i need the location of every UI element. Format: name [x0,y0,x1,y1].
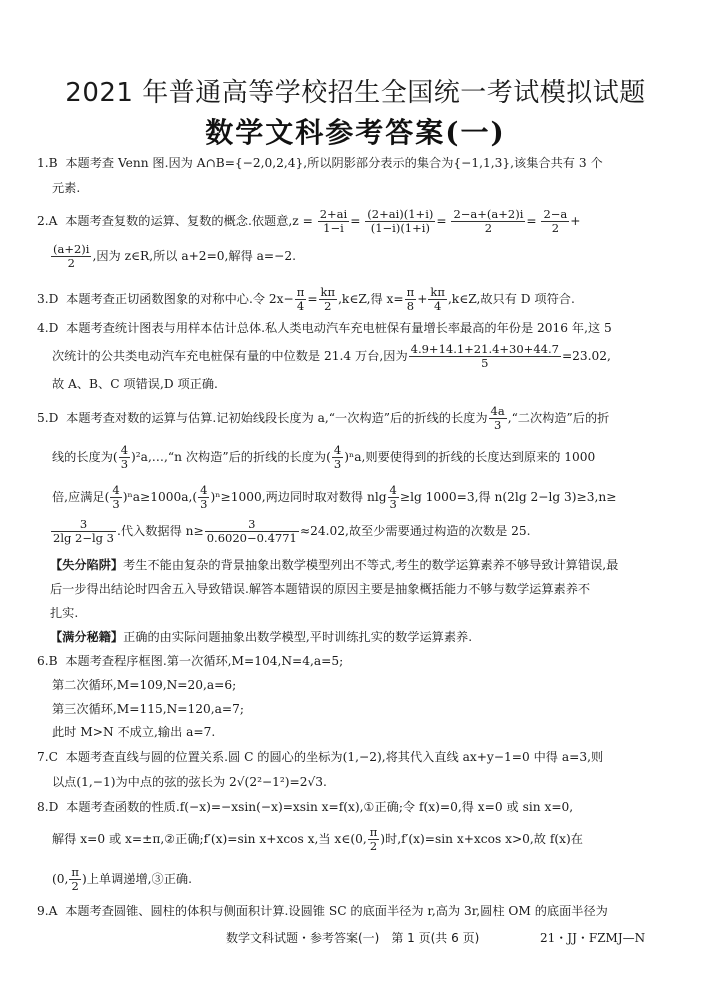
fraction: 43 [388,484,399,511]
answer-number: 9.A [37,904,57,918]
answer-7-line-1: 7.C 本题考查直线与圆的位置关系.圆 C 的圆心的坐标为(1,−2),将其代入… [37,749,603,765]
answer-3-line-1: 3.D 本题考查正切函数图象的对称中心.令 2x−π4=kπ2,k∈Z,得 x=… [37,286,575,313]
answer-1-line-1: 1.B 本题考查 Venn 图.因为 A∩B={−2,0,2,4},所以阴影部分… [37,155,603,171]
fraction: kπ2 [319,286,338,313]
exam-title: 2021 年普通高等学校招生全国统一考试模拟试题 [0,72,711,109]
fraction: 2−a+(a+2)i2 [451,208,525,235]
page-footer: 数学文科试题・参考答案(一) 第 1 页(共 6 页) [226,929,479,946]
fraction: π2 [368,826,380,853]
answer-number: 6.B [37,654,58,668]
answer-8-line-3: (0,π2)上单调递增,③正确. [52,866,192,893]
fraction: 43 [110,484,121,511]
answer-4-line-2: 次统计的公共类电动汽车充电桩保有量的中位数是 21.4 万台,因为4.9+14.… [52,343,611,370]
fraction: 30.6020−0.4771 [205,518,299,545]
fraction: 32lg 2−lg 3 [51,518,116,545]
fraction: π4 [295,286,307,313]
fraction: 4.9+14.1+21.4+30+44.75 [409,343,561,370]
answer-5-line-3: 倍,应满足(43)ⁿa≥1000a,(43)ⁿ≥1000,两边同时取对数得 nl… [52,484,616,511]
answer-6-line-4: 此时 M>N 不成立,输出 a=7. [52,724,215,740]
answer-text: 本题考查复数的运算、复数的概念.依题意,z = [65,214,313,228]
answer-9-line-1: 9.A 本题考查圆锥、圆柱的体积与侧面积计算.设圆锥 SC 的底面半径为 r,高… [37,903,608,919]
fraction: 2+ai1−i [318,208,350,235]
tip-note: 【满分秘籍】正确的由实际问题抽象出数学模型,平时训练扎实的数学运算素养. [50,629,472,645]
answer-5-line-1: 5.D 本题考查对数的运算与估算.记初始线段长度为 a,“一次构造”后的折线的长… [37,405,609,432]
answer-7-line-2: 以点(1,−1)为中点的弦的弦长为 2√(2²−1²)=2√3. [52,774,327,790]
trap-label: 【失分陷阱】 [50,558,123,572]
fraction: (2+ai)(1+i)(1−i)(1+i) [365,208,435,235]
fraction: 43 [332,444,343,471]
answer-number: 7.C [37,750,58,764]
answer-5-line-2: 线的长度为(43)²a,…,“n 次构造”后的折线的长度为(43)ⁿa,则要使得… [52,444,595,471]
answer-number: 8.D [37,800,58,814]
trap-note-line-2: 后一步得出结论时四舍五入导致错误.解答本题错误的原因主要是抽象概括能力不够与数学… [50,581,590,597]
fraction: kπ4 [428,286,447,313]
answer-text: 本题考查 Venn 图.因为 A∩B={−2,0,2,4},所以阴影部分表示的集… [65,156,602,170]
answer-number: 3.D [37,292,58,306]
answer-1-line-2: 元素. [52,180,80,196]
document-code: 21・JJ・FZMJ—N [540,929,645,946]
fraction: (a+2)i2 [51,243,91,270]
fraction: π2 [69,866,81,893]
answer-5-line-4: 32lg 2−lg 3.代入数据得 n≥30.6020−0.4771≈24.02… [50,518,531,545]
answer-6-line-2: 第二次循环,M=109,N=20,a=6; [52,677,236,693]
tip-label: 【满分秘籍】 [50,630,123,644]
fraction: π8 [405,286,417,313]
trap-note-line-1: 【失分陷阱】考生不能由复杂的背景抽象出数学模型列出不等式,考生的数学运算素养不够… [50,557,618,573]
fraction: 43 [198,484,209,511]
answer-number: 1.B [37,156,58,170]
answer-2-line-2: (a+2)i2,因为 z∈R,所以 a+2=0,解得 a=−2. [50,243,296,270]
answer-4-line-3: 故 A、B、C 项错误,D 项正确. [52,376,218,392]
fraction: 4a3 [489,405,507,432]
answer-4-line-1: 4.D 本题考查统计图表与用样本估计总体.私人类电动汽车充电桩保有量增长率最高的… [37,320,612,336]
answer-2-line-1: 2.A 本题考查复数的运算、复数的概念.依题意,z = 2+ai1−i= (2+… [37,208,581,235]
answer-6-line-1: 6.B 本题考查程序框图.第一次循环,M=104,N=4,a=5; [37,653,343,669]
answer-text: ,因为 z∈R,所以 a+2=0,解得 a=−2. [92,249,296,263]
answer-8-line-1: 8.D 本题考查函数的性质.f(−x)=−xsin(−x)=xsin x=f(x… [37,799,573,815]
answer-number: 4.D [37,321,58,335]
trap-note-line-3: 扎实. [50,605,78,621]
answer-number: 5.D [37,411,58,425]
answer-key-title: 数学文科参考答案(一) [0,111,711,151]
answer-number: 2.A [37,214,57,228]
fraction: 2−a2 [541,208,569,235]
answer-6-line-3: 第三次循环,M=115,N=120,a=7; [52,701,244,717]
fraction: 43 [119,444,130,471]
answer-8-line-2: 解得 x=0 或 x=±π,②正确;f′(x)=sin x+xcos x,当 x… [52,826,583,853]
